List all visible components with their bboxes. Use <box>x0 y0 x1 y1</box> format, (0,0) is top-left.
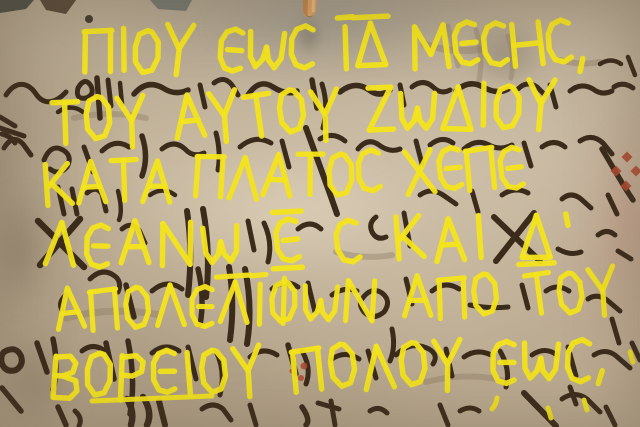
manuscript-photo: ΠΙΟΥ ΕΩϹ Ι̅Δ̅ ΜΕϹΗϹ, ΤΟΥ ΑΥΤΟΥ ΖΩΔΙΟΥ ΚΑ… <box>0 0 640 427</box>
greek-line-4 <box>45 206 570 272</box>
top-edge-patches <box>0 0 192 23</box>
pencil-tip <box>303 0 317 18</box>
manuscript-layers <box>0 0 640 427</box>
red-quatrefoil-ornament <box>611 152 640 192</box>
greek-line-5 <box>54 262 619 335</box>
tracing-marks <box>92 352 633 418</box>
